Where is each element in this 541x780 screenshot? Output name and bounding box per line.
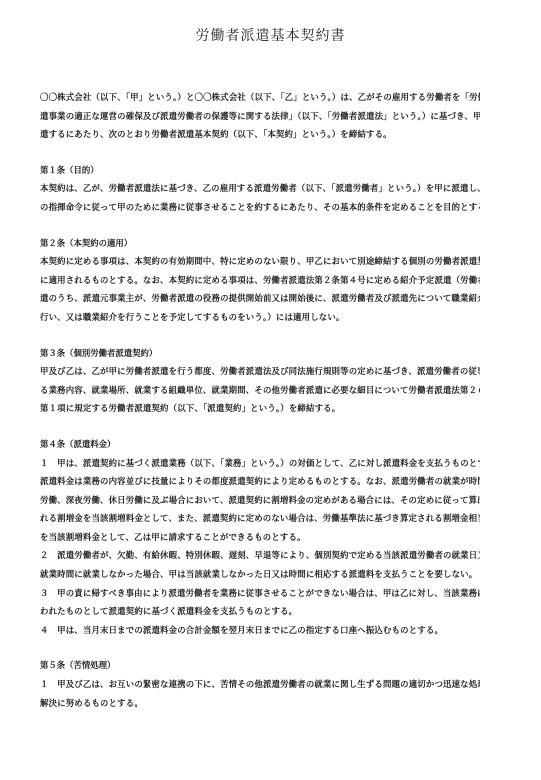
article-heading: 第３条（個別労働者派遣契約）: [40, 344, 480, 363]
article-line: を当該割増料金として、乙は甲に請求することができるものとする。: [40, 528, 480, 547]
preamble-line: 遣事業の適正な運営の確保及び派遣労働者の保護等に関する法律」（以下、「労働者派遣…: [40, 107, 480, 126]
article-line: 派遣料金は業務の内容並びに技量によりその都度派遣契約により定めるものとする。なお…: [40, 472, 480, 491]
article-line: われたものとして派遣契約に基づく派遣料金を支払うものとする。: [40, 602, 480, 621]
preamble-line: 〇〇株式会社（以下、「甲」という。）と〇〇株式会社（以下、「乙」という。）は、乙…: [40, 88, 480, 107]
article-1: 第１条（目的） 本契約は、乙が、労働者派遣法に基づき、乙の雇用する派遣労働者（以…: [40, 161, 480, 217]
article-4: 第４条（派遣料金） １ 甲は、派遣契約に基づく派遣業務（以下、「業務」という。）…: [40, 435, 480, 640]
article-5: 第５条（苦情処理） １ 甲及び乙は、お互いの緊密な連携の下に、苦情その他派遣労働…: [40, 656, 480, 712]
article-line: 解決に努めるものとする。: [40, 694, 480, 713]
article-3: 第３条（個別労働者派遣契約） 甲及び乙は、乙が甲に労働者派遣を行う都度、労働者派…: [40, 344, 480, 418]
article-line: １ 甲は、派遣契約に基づく派遣業務（以下、「業務」という。）の対価として、乙に対…: [40, 454, 480, 473]
article-line: ２ 派遣労働者が、欠勤、有給休暇、特別休暇、遅刻、早退等により、個別契約で定める…: [40, 546, 480, 565]
document-body: 〇〇株式会社（以下、「甲」という。）と〇〇株式会社（以下、「乙」という。）は、乙…: [40, 88, 480, 712]
article-line: 第１項に規定する労働者派遣契約（以下、「派遣契約」という。）を締結する。: [40, 399, 480, 418]
article-line: 就業時間に就業しなかった場合、甲は当該就業しなかった日又は時間に相応する派遣料を…: [40, 565, 480, 584]
article-line: 遣のうち、派遣元事業主が、労働者派遣の役務の提供開始前又は開始後に、派遣労働者及…: [40, 289, 480, 308]
preamble: 〇〇株式会社（以下、「甲」という。）と〇〇株式会社（以下、「乙」という。）は、乙…: [40, 88, 480, 144]
article-line: に適用されるものとする。なお、本契約に定める事項は、労働者派遣法第２条第４号に定…: [40, 271, 480, 290]
article-line: １ 甲及び乙は、お互いの緊密な連携の下に、苦情その他派遣労働者の就業に関し生ずる…: [40, 675, 480, 694]
article-line: 労働、深夜労働、休日労働に及ぶ場合において、派遣契約に割増料金の定めがある場合に…: [40, 491, 480, 510]
article-heading: 第１条（目的）: [40, 161, 480, 180]
article-heading: 第４条（派遣料金）: [40, 435, 480, 454]
document-page: 労働者派遣基本契約書 〇〇株式会社（以下、「甲」という。）と〇〇株式会社（以下、…: [0, 0, 541, 780]
article-line: 本契約は、乙が、労働者派遣法に基づき、乙の雇用する派遣労働者（以下、「派遣労働者…: [40, 179, 480, 198]
document-title: 労働者派遣基本契約書: [0, 25, 541, 45]
article-heading: 第５条（苦情処理）: [40, 656, 480, 675]
article-line: る業務内容、就業場所、就業する組織単位、就業期間、その他労働者派遣に必要な細目に…: [40, 381, 480, 400]
article-2: 第２条（本契約の適用） 本契約に定める事項は、本契約の有効期間中、特に定めのない…: [40, 234, 480, 327]
preamble-line: 遣するにあたり、次のとおり労働者派遣基本契約（以下、「本契約」という。）を締結す…: [40, 125, 480, 144]
article-line: れる割増金を当該割増料金として、また、派遣契約に定めのない場合は、労働基準法に基…: [40, 509, 480, 528]
article-line: 行い、又は職業紹介を行うことを予定してするものをいう。）には適用しない。: [40, 308, 480, 327]
article-heading: 第２条（本契約の適用）: [40, 234, 480, 253]
article-line: 甲及び乙は、乙が甲に労働者派遣を行う都度、労働者派遣法及び同法施行規則等の定めに…: [40, 362, 480, 381]
article-line: の指揮命令に従って甲のために業務に従事させることを約するにあたり、その基本的条件…: [40, 198, 480, 217]
article-line: 本契約に定める事項は、本契約の有効期間中、特に定めのない限り、甲乙において別途締…: [40, 252, 480, 271]
article-line: ４ 甲は、当月末日までの派遣料金の合計金額を翌月末日までに乙の指定する口座へ振込…: [40, 621, 480, 640]
article-line: ３ 甲の責に帰すべき事由により派遣労働者を業務に従事させることができない場合は、…: [40, 584, 480, 603]
